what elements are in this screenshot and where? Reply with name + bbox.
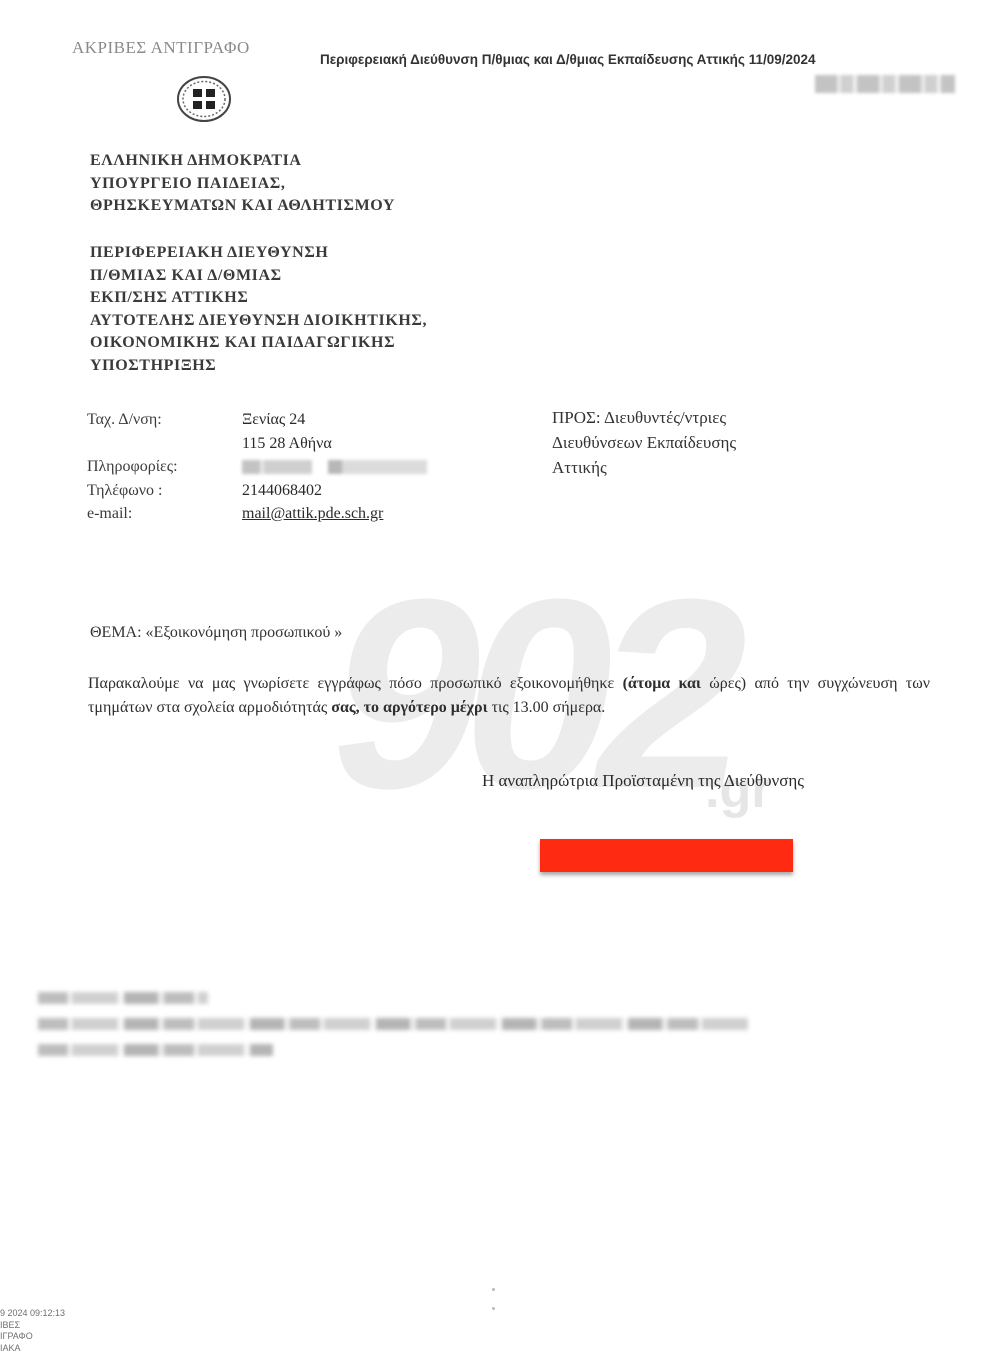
address-line2: 115 28 Αθήνα	[242, 432, 332, 456]
body-paragraph: Παρακαλούμε να μας γνωρίσετε εγγράφως πό…	[88, 672, 930, 720]
email-link[interactable]: mail@attik.pde.sch.gr	[242, 502, 383, 526]
redacted-line	[38, 1044, 273, 1056]
footer-digital-stamp: 9 2024 09:12:13 ΙΒΕΣ ΙΓΡΑΦΟ ΙΑΚΑ	[0, 1308, 65, 1354]
stamp-line: ΙΑΚΑ	[0, 1343, 65, 1355]
issuer-line: ΥΠΟΥΡΓΕΙΟ ΠΑΙΔΕΙΑΣ,	[90, 173, 395, 196]
body-text-bold: σας, το αργότερο μέχρι	[331, 699, 487, 716]
header-date-line: Περιφερειακή Διεύθυνση Π/θμιας και Δ/θμι…	[320, 52, 816, 67]
issuer-line: ΘΡΗΣΚΕΥΜΑΤΩΝ ΚΑΙ ΑΘΛΗΤΙΣΜΟΥ	[90, 195, 395, 218]
issuer-line: ΕΚΠ/ΣΗΣ ΑΤΤΙΚΗΣ	[90, 287, 427, 310]
issuer-line: Π/ΘΜΙΑΣ ΚΑΙ Δ/ΘΜΙΑΣ	[90, 265, 427, 288]
contact-details: Ταχ. Δ/νση: Ξενίας 24 115 28 Αθήνα Πληρο…	[87, 408, 427, 526]
phone-label: Τηλέφωνο :	[87, 479, 242, 503]
issuer-line: ΕΛΛΗΝΙΚΗ ΔΗΜΟΚΡΑΤΙΑ	[90, 150, 395, 173]
stamp-line: ΙΒΕΣ	[0, 1320, 65, 1332]
recipient-line: ΠΡΟΣ: Διευθυντές/ντριες	[552, 405, 736, 430]
recipient-line: Αττικής	[552, 455, 736, 480]
issuer-line: ΥΠΟΣΤΗΡΙΞΗΣ	[90, 355, 427, 378]
issuer-line: ΠΕΡΙΦΕΡΕΙΑΚΗ ΔΙΕΥΘΥΝΣΗ	[90, 242, 427, 265]
recipient-block: ΠΡΟΣ: Διευθυντές/ντριες Διευθύνσεων Εκπα…	[552, 405, 736, 480]
address-line1: Ξενίας 24	[242, 408, 305, 432]
stamp-line: ΙΓΡΑΦΟ	[0, 1331, 65, 1343]
copy-stamp: ΑΚΡΙΒΕΣ ΑΝΤΙΓΡΑΦΟ	[72, 38, 250, 58]
issuer-directorate: ΠΕΡΙΦΕΡΕΙΑΚΗ ΔΙΕΥΘΥΝΣΗ Π/ΘΜΙΑΣ ΚΑΙ Δ/ΘΜΙ…	[90, 242, 427, 377]
stamp-line: 9 2024 09:12:13	[0, 1308, 65, 1320]
phone-value: 2144068402	[242, 479, 322, 503]
redacted-line	[38, 1018, 748, 1030]
info-label: Πληροφορίες:	[87, 455, 242, 479]
signature-title: Η αναπληρώτρια Προϊσταμένη της Διεύθυνση…	[482, 771, 804, 791]
signature-redaction-bar	[540, 839, 793, 872]
scan-artifact-dots	[492, 1288, 495, 1326]
email-label: e-mail:	[87, 502, 242, 526]
subject-line: ΘΕΜΑ: «Εξοικονόμηση προσωπικού »	[90, 624, 342, 642]
issuer-line: ΟΙΚΟΝΟΜΙΚΗΣ ΚΑΙ ΠΑΙΔΑΓΩΓΙΚΗΣ	[90, 332, 427, 355]
body-text-part: τις 13.00 σήμερα.	[488, 699, 606, 716]
greek-coat-of-arms-icon	[176, 75, 232, 123]
issuer-ministry: ΕΛΛΗΝΙΚΗ ΔΗΜΟΚΡΑΤΙΑ ΥΠΟΥΡΓΕΙΟ ΠΑΙΔΕΙΑΣ, …	[90, 150, 395, 218]
info-name-redacted	[242, 460, 427, 474]
address-label: Ταχ. Δ/νση:	[87, 408, 242, 432]
redacted-line	[38, 992, 208, 1004]
body-text-bold: (άτομα και	[623, 675, 701, 692]
issuer-line: ΑΥΤΟΤΕΛΗΣ ΔΙΕΥΘΥΝΣΗ ΔΙΟΙΚΗΤΙΚΗΣ,	[90, 310, 427, 333]
recipient-line: Διευθύνσεων Εκπαίδευσης	[552, 430, 736, 455]
distribution-list-redacted	[38, 992, 768, 1070]
protocol-number-redacted	[815, 75, 955, 93]
body-text-part: Παρακαλούμε να μας γνωρίσετε εγγράφως πό…	[88, 675, 623, 692]
